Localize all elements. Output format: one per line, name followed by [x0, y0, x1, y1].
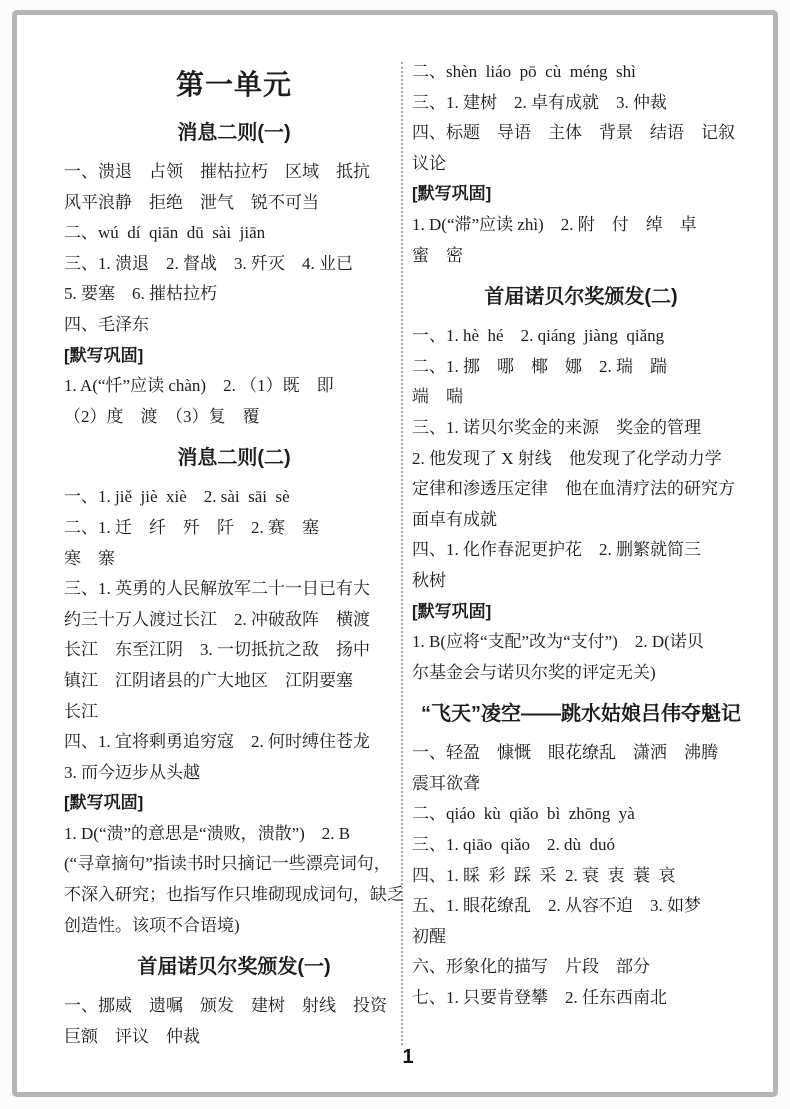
answer-line: 1. A(“忏”应读 chàn) 2. （1）既 即: [64, 371, 404, 402]
answer-line: 创造性。该项不合语境): [64, 911, 404, 942]
answer-line: 三、1. 诺贝尔奖金的来源 奖金的管理: [412, 413, 750, 444]
lesson-title: 首届诺贝尔奖颁发(二): [412, 282, 750, 312]
answer-line: 七、1. 只要肯登攀 2. 任东西南北: [412, 983, 750, 1014]
section-label: [默写巩固]: [412, 597, 750, 628]
answer-line: 定律和渗透压定律 他在血清疗法的研究方: [412, 474, 750, 505]
answer-line: 四、毛泽东: [64, 310, 404, 341]
answer-line: 二、shèn liáo pō cù méng shì: [412, 57, 750, 88]
answer-line: 二、qiáo kù qiǎo bì zhōng yà: [412, 799, 750, 830]
answer-line: 二、wú dí qiān dū sài jiān: [64, 218, 404, 249]
answer-line: 端 喘: [412, 382, 750, 413]
answer-line: 寒 寨: [64, 544, 404, 575]
answer-line: 面卓有成就: [412, 505, 750, 536]
answer-line: 初醒: [412, 922, 750, 953]
answer-line: 2. 他发现了 X 射线 他发现了化学动力学: [412, 444, 750, 475]
answer-line: 三、1. 建树 2. 卓有成就 3. 仲裁: [412, 88, 750, 119]
answer-line: 不深入研究；也指写作只堆砌现成词句，缺乏: [64, 880, 404, 911]
right-column: 二、shèn liáo pō cù méng shì三、1. 建树 2. 卓有成…: [412, 57, 750, 1014]
answer-line: （2）度 渡 （3）复 覆: [64, 402, 404, 433]
answer-line: 震耳欲聋: [412, 769, 750, 800]
answer-line: 四、标题 导语 主体 背景 结语 记叙: [412, 118, 750, 149]
answer-line: (“寻章摘句”指读书时只摘记一些漂亮词句，: [64, 849, 404, 880]
answer-line: 五、1. 眼花缭乱 2. 从容不迫 3. 如梦: [412, 891, 750, 922]
answer-line: 约三十万人渡过长江 2. 冲破敌阵 横渡: [64, 605, 404, 636]
answer-line: 长江 东至江阴 3. 一切抵抗之敌 扬中: [64, 635, 404, 666]
answer-line: 四、1. 宜将剩勇追穷寇 2. 何时缚住苍龙: [64, 727, 404, 758]
answer-line: 一、1. jiě jiè xiè 2. sài sāi sè: [64, 482, 404, 513]
answer-line: 三、1. 溃退 2. 督战 3. 歼灭 4. 业已: [64, 249, 404, 280]
answer-line: 长江: [64, 697, 404, 728]
section-label: [默写巩固]: [412, 179, 750, 210]
unit-title: 第一单元: [64, 63, 404, 107]
section-label: [默写巩固]: [64, 788, 404, 819]
lesson-title: 首届诺贝尔奖颁发(一): [64, 952, 404, 982]
lesson-title: 消息二则(一): [64, 118, 404, 148]
answer-line: 1. D(“滞”应读 zhì) 2. 附 付 绰 卓: [412, 210, 750, 241]
answer-line: 三、1. 英勇的人民解放军二十一日已有大: [64, 574, 404, 605]
answer-line: 六、形象化的描写 片段 部分: [412, 952, 750, 983]
page-number: 1: [398, 1046, 418, 1069]
answer-line: 3. 而今迈步从头越: [64, 758, 404, 789]
answer-line: 1. D(“溃”的意思是“溃败，溃散”) 2. B: [64, 819, 404, 850]
answer-line: 秋树: [412, 566, 750, 597]
left-column: 第一单元消息二则(一)一、溃退 占领 摧枯拉朽 区域 抵抗风平浪静 拒绝 泄气 …: [64, 57, 404, 1052]
answer-line: 二、1. 挪 哪 椰 娜 2. 瑞 踹: [412, 352, 750, 383]
answer-line: 议论: [412, 149, 750, 180]
answer-line: 风平浪静 拒绝 泄气 锐不可当: [64, 188, 404, 219]
answer-line: 尔基金会与诺贝尔奖的评定无关): [412, 658, 750, 689]
answer-line: 四、1. 睬 彩 踩 采 2. 衰 衷 蓑 哀: [412, 861, 750, 892]
answer-line: 蜜 密: [412, 241, 750, 272]
answer-line: 5. 要塞 6. 摧枯拉朽: [64, 279, 404, 310]
answer-line: 四、1. 化作春泥更护花 2. 删繁就简三: [412, 535, 750, 566]
lesson-title: 消息二则(二): [64, 443, 404, 473]
lesson-title: “飞天”凌空——跳水姑娘吕伟夺魁记: [412, 699, 750, 729]
answer-line: 一、1. hè hé 2. qiáng jiàng qiǎng: [412, 321, 750, 352]
answer-line: 三、1. qiāo qiǎo 2. dù duó: [412, 830, 750, 861]
answer-line: 1. B(应将“支配”改为“支付”) 2. D(诺贝: [412, 627, 750, 658]
section-label: [默写巩固]: [64, 341, 404, 372]
answer-line: 巨额 评议 仲裁: [64, 1022, 404, 1053]
answer-line: 一、挪威 遗嘱 颁发 建树 射线 投资: [64, 991, 404, 1022]
answer-line: 二、1. 迁 纤 歼 阡 2. 赛 塞: [64, 513, 404, 544]
answer-line: 镇江 江阴诸县的广大地区 江阴要塞: [64, 666, 404, 697]
answer-line: 一、轻盈 慷慨 眼花缭乱 潇洒 沸腾: [412, 738, 750, 769]
answer-line: 一、溃退 占领 摧枯拉朽 区域 抵抗: [64, 157, 404, 188]
